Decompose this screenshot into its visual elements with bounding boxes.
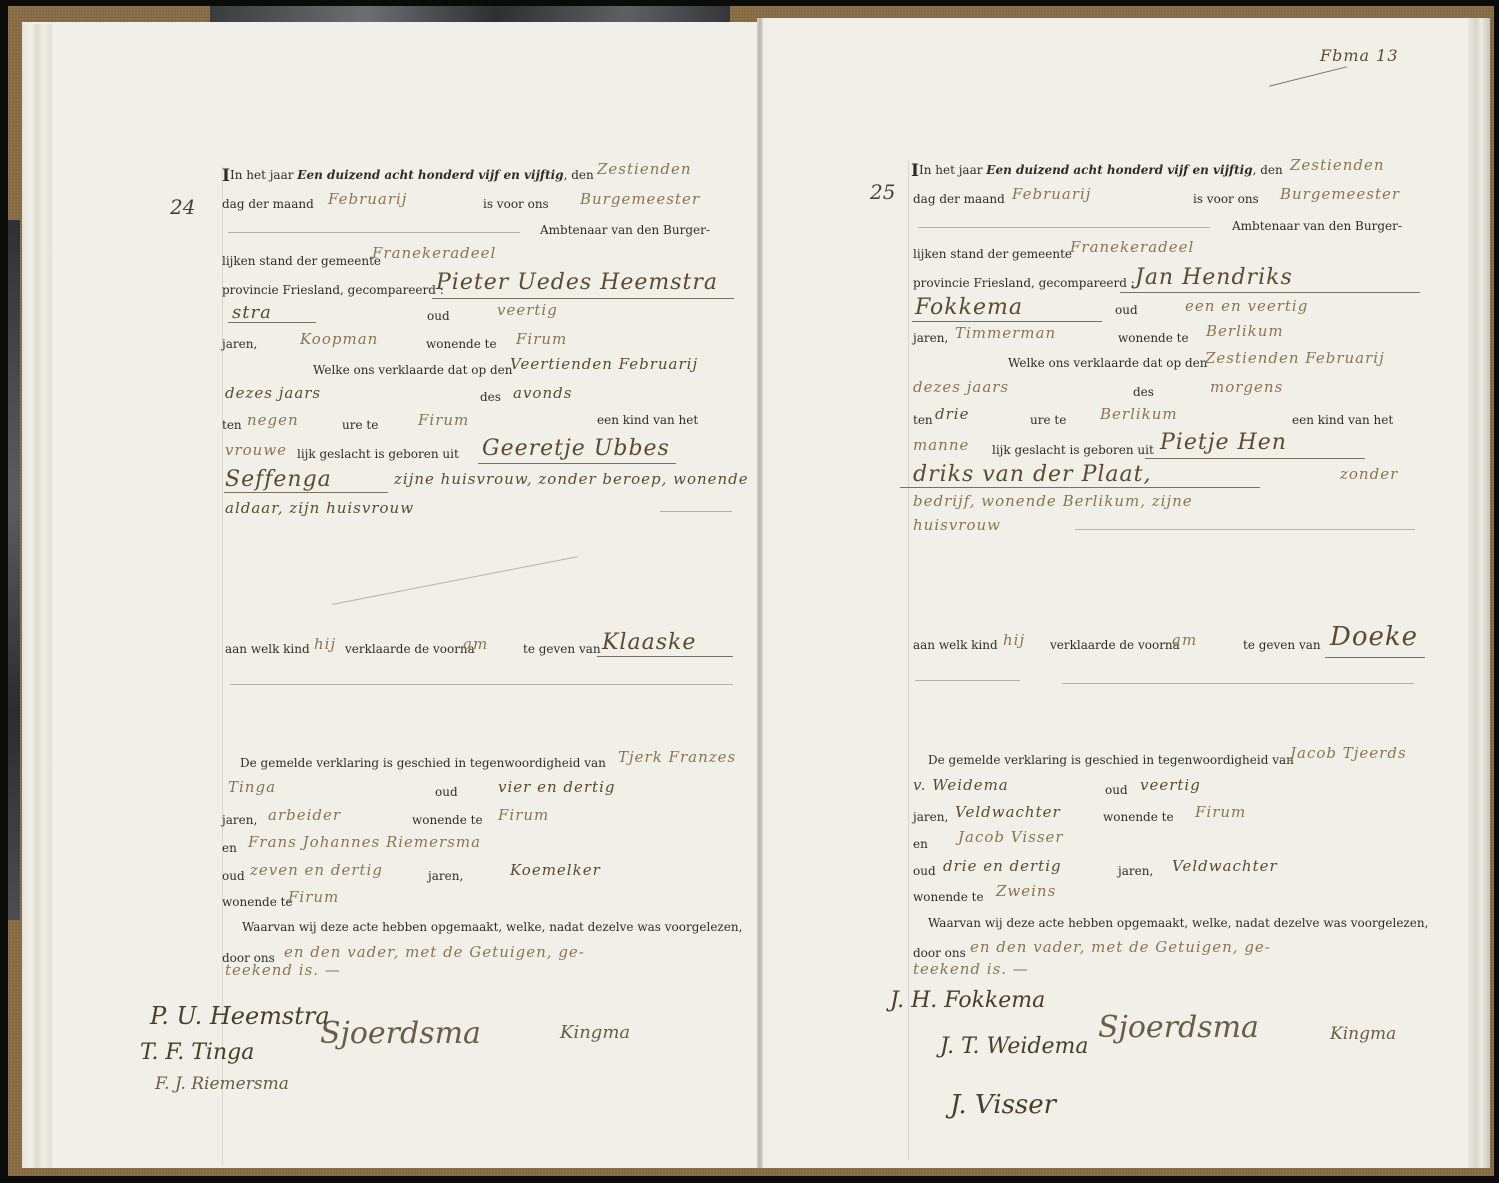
drop-initial: I	[911, 161, 919, 181]
handwritten-month: Februarij	[328, 190, 407, 208]
handwritten-witness2-residence: Zweins	[996, 882, 1056, 900]
handwritten-occupation: Timmerman	[955, 324, 1056, 342]
label-wonende: wonende te	[913, 890, 984, 904]
label-verklaarde: Welke ons verklaarde dat op den	[313, 363, 512, 377]
label-ambtenaar: Ambtenaar van den Burger-	[540, 223, 710, 237]
label-gecompareerd: provincie Friesland, gecompareerd :	[913, 276, 1135, 290]
handwritten-mother-extra: zijne huisvrouw, zonder beroep, wonende	[394, 470, 749, 488]
label-ten: ten	[222, 418, 242, 432]
handwritten-time-of-day: morgens	[1210, 378, 1283, 396]
label-ure-te: ure te	[1030, 413, 1066, 427]
handwritten-municipality: Franekeradeel	[1070, 238, 1194, 256]
label-gemeente: lijken stand der gemeente	[913, 247, 1072, 261]
label-ten: ten	[913, 413, 933, 427]
child-name-underline	[1325, 657, 1425, 658]
handwritten-birth-place: Berlikum	[1100, 405, 1178, 423]
label-wonende: wonende te	[426, 337, 497, 351]
signature-witness2: F. J. Riemersma	[155, 1074, 289, 1094]
label-kind: een kind van het	[597, 413, 698, 427]
label-geboren-uit: lijk geslacht is geboren uit	[992, 443, 1154, 457]
label-oud: oud	[222, 869, 245, 883]
signature-official: Sjoerdsma	[1098, 1010, 1259, 1045]
record-number: 25	[870, 180, 895, 204]
handwritten-closing-cont: teekend is. —	[913, 960, 1029, 978]
handwritten-birth-date: Veertienden Februarij	[510, 355, 698, 373]
handwritten-mother-extra3: huisvrouw	[913, 516, 1001, 534]
label-en: en	[222, 841, 237, 855]
line-year: IIn het jaar Een duizend acht honderd vi…	[222, 168, 594, 182]
handwritten-occupation: Koopman	[300, 330, 378, 348]
mother-underline	[1145, 458, 1365, 459]
label-oud: oud	[435, 785, 458, 799]
handwritten-pronoun: hij	[314, 635, 336, 653]
blank-rule	[228, 232, 520, 233]
handwritten-hour: negen	[247, 411, 299, 429]
handwritten-time-of-day: avonds	[513, 384, 572, 402]
handwritten-official: Burgemeester	[1280, 185, 1400, 203]
label-verklaarde: Welke ons verklaarde dat op den	[1008, 356, 1207, 370]
label-aan-welk-kind: aan welk kind	[225, 642, 310, 656]
handwritten-witness1-residence: Firum	[1195, 803, 1246, 821]
marbled-board-left	[8, 220, 20, 920]
blank-rule	[915, 680, 1020, 681]
label-oud: oud	[1115, 303, 1138, 317]
handwritten-pronoun: hij	[1003, 631, 1025, 649]
handwritten-witness1: Tjerk Franzes	[618, 748, 736, 766]
handwritten-child-name: Doeke	[1330, 622, 1418, 652]
fill-rule	[660, 511, 732, 512]
handwritten-witness2-residence: Firum	[288, 888, 339, 906]
handwritten-mother-cont: Seffenga	[225, 467, 332, 492]
handwritten-hour: drie	[935, 405, 969, 423]
mother-cont-underline	[224, 492, 388, 493]
label-voor-ons: is voor ons	[1193, 192, 1259, 206]
fill-rule	[1075, 529, 1415, 530]
blank-rule	[918, 227, 1210, 228]
label-gecompareerd: provincie Friesland, gecompareerd :	[222, 283, 444, 297]
handwritten-witness2: Jacob Visser	[958, 828, 1064, 846]
label-jaren: jaren,	[222, 337, 257, 351]
drop-initial: I	[222, 166, 230, 186]
label-closing: Waarvan wij deze acte hebben opgemaakt, …	[242, 920, 742, 934]
label-witness-intro: De gemelde verklaring is geschied in teg…	[928, 753, 1294, 767]
handwritten-mother-extra: zonder	[1340, 465, 1398, 483]
handwritten-witness1-occupation: Veldwachter	[955, 803, 1061, 821]
handwritten-age: veertig	[497, 301, 558, 319]
handwritten-municipality: Franekeradeel	[372, 244, 496, 262]
declarant-underline	[432, 298, 734, 299]
handwritten-birth-date-cont: dezes jaars	[225, 384, 321, 402]
label-voornaam: verklaarde de voorna	[345, 642, 475, 656]
handwritten-mother-cont: driks van der Plaat,	[913, 462, 1151, 487]
label-kind: een kind van het	[1292, 413, 1393, 427]
label-oud: oud	[913, 864, 936, 878]
mother-underline	[478, 463, 676, 464]
book-gutter	[757, 18, 763, 1168]
handwritten-witness2-age: drie en dertig	[943, 857, 1062, 875]
page-edges-left	[22, 24, 52, 1168]
handwritten-witness2-occupation: Veldwachter	[1172, 857, 1278, 875]
handwritten-witness1-cont: v. Weidema	[913, 776, 1009, 794]
child-name-underline	[597, 656, 733, 657]
signature-clerk: Kingma	[560, 1022, 630, 1043]
label-jaren: jaren,	[1118, 864, 1153, 878]
label-en: en	[913, 837, 928, 851]
label-witness-intro: De gemelde verklaring is geschied in teg…	[240, 756, 606, 770]
signature-witness1: T. F. Tinga	[140, 1040, 254, 1065]
label-month: dag der maand	[913, 192, 1005, 206]
handwritten-declarant-cont: Fokkema	[915, 295, 1023, 320]
handwritten-mother: Geeretje Ubbes	[482, 436, 670, 461]
label-wonende: wonende te	[222, 895, 293, 909]
label-geboren-uit: lijk geslacht is geboren uit	[297, 447, 459, 461]
handwritten-witness2-age: zeven en dertig	[250, 861, 383, 879]
handwritten-declarant: Pieter Uedes Heemstra	[436, 270, 718, 295]
label-jaren: jaren,	[913, 331, 948, 345]
handwritten-residence: Berlikum	[1206, 322, 1284, 340]
mother-cont-underline	[900, 487, 1260, 488]
handwritten-month: Februarij	[1012, 185, 1091, 203]
handwritten-closing-cont: teekend is. —	[225, 961, 341, 979]
handwritten-mother: Pietje Hen	[1160, 430, 1287, 455]
label-wonende: wonende te	[1118, 331, 1189, 345]
record-number: 24	[170, 195, 195, 219]
label-jaren: jaren,	[913, 810, 948, 824]
label-voornaam: verklaarde de voorna	[1050, 638, 1180, 652]
handwritten-closing: en den vader, met de Getuigen, ge-	[284, 943, 585, 961]
handwritten-witness1-occupation: arbeider	[268, 806, 341, 824]
handwritten-mother-extra2: aldaar, zijn huisvrouw	[225, 499, 414, 517]
label-wonende: wonende te	[1103, 810, 1174, 824]
handwritten-mother-extra2: bedrijf, wonende Berlikum, zijne	[913, 492, 1193, 510]
label-voor-ons: is voor ons	[483, 197, 549, 211]
label-gemeente: lijken stand der gemeente	[222, 254, 381, 268]
signature-witness1: J. T. Weidema	[940, 1034, 1088, 1059]
label-te-geven-van: te geven van	[523, 642, 601, 656]
handwritten-birth-place: Firum	[418, 411, 469, 429]
label-des: des	[480, 390, 501, 404]
handwritten-declarant: Jan Hendriks	[1135, 265, 1293, 290]
label-ambtenaar: Ambtenaar van den Burger-	[1232, 219, 1402, 233]
label-door-ons: door ons	[913, 946, 966, 960]
label-ure-te: ure te	[342, 418, 378, 432]
handwritten-witness1-residence: Firum	[498, 806, 549, 824]
label-wonende: wonende te	[412, 813, 483, 827]
handwritten-birth-date: Zestienden Februarij	[1205, 349, 1385, 367]
blank-rule	[1062, 683, 1414, 684]
handwritten-official: Burgemeester	[580, 190, 700, 208]
handwritten-witness2-occupation: Koemelker	[510, 861, 601, 879]
signature-declarant: J. H. Fokkema	[890, 988, 1045, 1013]
handwritten-declarant-cont: stra	[232, 302, 272, 323]
blank-rule	[230, 684, 733, 685]
label-oud: oud	[1105, 783, 1128, 797]
label-month: dag der maand	[222, 197, 314, 211]
label-te-geven-van: te geven van	[1243, 638, 1321, 652]
handwritten-witness2: Frans Johannes Riemersma	[248, 833, 481, 851]
label-closing: Waarvan wij deze acte hebben opgemaakt, …	[928, 916, 1428, 930]
label-oud: oud	[427, 309, 450, 323]
label-des: des	[1133, 385, 1154, 399]
handwritten-sex: vrouwe	[225, 441, 287, 459]
handwritten-age: een en veertig	[1185, 297, 1308, 315]
handwritten-witness1-age: veertig	[1140, 776, 1201, 794]
signature-clerk: Kingma	[1330, 1024, 1396, 1044]
signature-official: Sjoerdsma	[320, 1016, 481, 1051]
page-reference: Fbma 13	[1320, 46, 1399, 65]
handwritten-naam: am	[463, 635, 488, 653]
signature-witness2: J. Visser	[950, 1090, 1056, 1120]
line-year: IIn het jaar Een duizend acht honderd vi…	[911, 163, 1283, 177]
handwritten-witness1-age: vier en dertig	[498, 778, 615, 796]
label-aan-welk-kind: aan welk kind	[913, 638, 998, 652]
page-edges-right	[1468, 18, 1490, 1168]
handwritten-witness1: Jacob Tjeerds	[1290, 744, 1407, 762]
handwritten-birth-date-cont: dezes jaars	[913, 378, 1009, 396]
signature-declarant: P. U. Heemstra	[150, 1002, 330, 1030]
handwritten-day: Zestienden	[1290, 156, 1385, 174]
handwritten-sex: manne	[913, 436, 969, 454]
label-jaren: jaren,	[428, 869, 463, 883]
handwritten-closing: en den vader, met de Getuigen, ge-	[970, 938, 1271, 956]
label-jaren: jaren,	[222, 813, 257, 827]
handwritten-day: Zestienden	[597, 160, 692, 178]
declarant-cont-underline	[228, 322, 316, 323]
declarant-underline	[1120, 292, 1420, 293]
handwritten-residence: Firum	[516, 330, 567, 348]
declarant-cont-underline	[912, 321, 1102, 322]
handwritten-naam: am	[1172, 631, 1197, 649]
handwritten-witness1-cont: Tinga	[228, 778, 276, 796]
handwritten-child-name: Klaaske	[602, 630, 696, 655]
